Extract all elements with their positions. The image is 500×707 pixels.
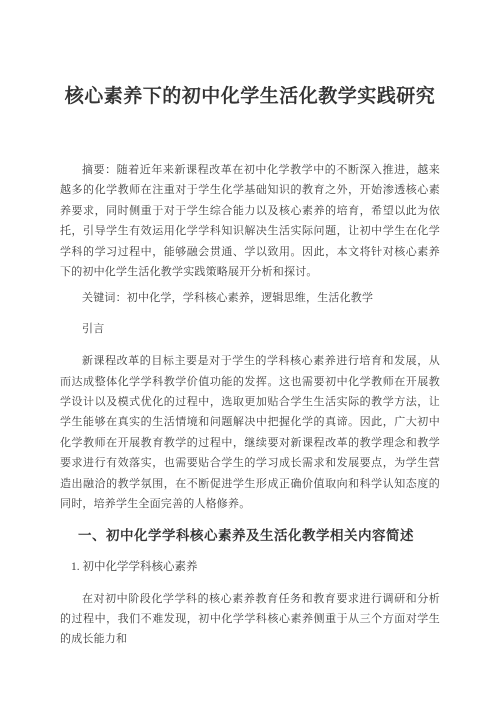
keywords-line: 关键词：初中化学，学科核心素养，逻辑思维，生活化教学 xyxy=(60,288,440,308)
document-page: 核心素养下的初中化学生活化教学实践研究 摘要：随着近年来新课程改革在初中化学教学… xyxy=(0,0,500,707)
section-1-subsection-1-heading: 1. 初中化学学科核心素养 xyxy=(60,557,440,577)
introduction-paragraph: 新课程改革的目标主要是对于学生的学科核心素养进行培育和发展，从而达成整体化学学科… xyxy=(60,351,440,514)
document-body: 摘要：随着近年来新课程改革在初中化学教学中的不断深入推进，越来越多的化学教师在注… xyxy=(0,160,500,650)
page-title: 核心素养下的初中化学生活化教学实践研究 xyxy=(60,0,440,110)
section-1-heading: 一、初中化学学科核心素养及生活化教学相关内容简述 xyxy=(60,526,440,546)
section-1-subsection-1-paragraph: 在对初中阶段化学学科的核心素养教育任务和教育要求进行调研和分析的过程中，我们不难… xyxy=(60,589,440,650)
abstract-paragraph: 摘要：随着近年来新课程改革在初中化学教学中的不断深入推进，越来越多的化学教师在注… xyxy=(60,160,440,282)
introduction-heading: 引言 xyxy=(60,319,440,339)
